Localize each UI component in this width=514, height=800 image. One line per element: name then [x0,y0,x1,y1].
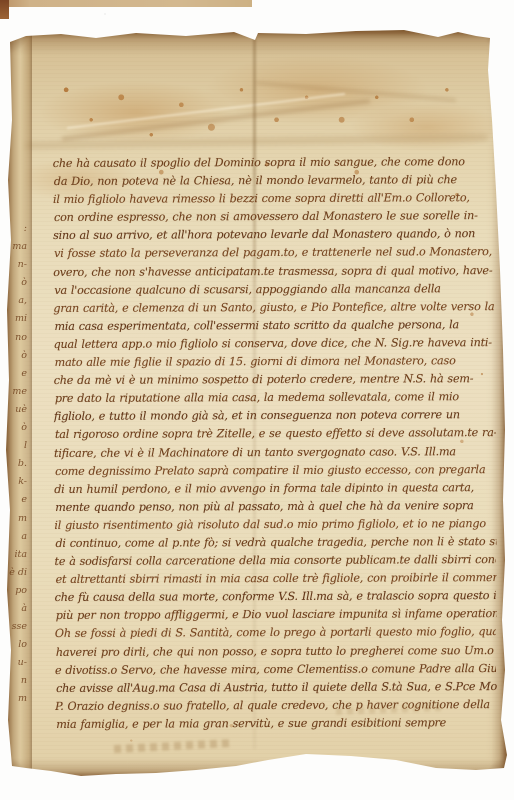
facing-page-edge: :man-òa,minoòemeuèòlb.k-emaitaè dipoàsse… [6,30,32,778]
facing-page-text-fragments: :man-òa,minoòemeuèòlb.k-emaitaè dipoàsse… [6,30,32,745]
scan-artifact-strip [0,0,252,7]
facing-page-fragment: b. [6,455,32,473]
scan-background: :man-òa,minoòemeuèòlb.k-emaitaè dipoàsse… [0,0,514,800]
letter-line: che hà causato il spoglio del Dominio so… [53,153,494,173]
facing-page-fragment [6,709,32,727]
facing-page-fragment: l [6,437,32,455]
letter-line: con ordine espresso, che non si amovesse… [54,207,495,227]
facing-page-fragment: k- [6,473,32,491]
letter-line: qual lettera app.o mio figliolo si conse… [54,334,495,354]
letter-line: e divotiss.o Servo, che havesse mira, co… [55,660,496,680]
letter-line: tificare, che vi è il Machinatore di un … [54,443,495,463]
facing-page-fragment: è di [6,564,32,582]
letter-line: et altrettanti sbirri rimasti in mia cas… [56,569,497,589]
paper-wrinkle [256,81,456,101]
letter-line: da Dio, non poteva nè la Chiesa, nè il m… [54,171,495,191]
letter-line: haverei pro dirli, che qui non posso, e … [56,642,497,662]
letter-line: mato alle mie figlie il spazio di 15. gi… [55,352,496,372]
paper-wrinkle [18,134,488,149]
facing-page-fragment: po [6,582,32,600]
letter-line: di un humil perdono, e il mio avvengo in… [54,479,495,499]
letter-line: pre dato la riputatione alla mia casa, l… [55,388,496,408]
facing-page-fragment: ò [6,274,32,292]
facing-page-fragment: uè [6,401,32,419]
paper-wrinkle [62,99,370,141]
facing-page-fragment: a [6,528,32,546]
letter-line: mente quando penso, non più al passato, … [55,497,496,517]
facing-page-fragment: m [6,690,32,708]
facing-page-fragment: n- [6,256,32,274]
letter-line: vi fosse stato la perseveranza del pagam… [54,244,495,264]
letter-line: il mio figliolo haveva rimesso li bezzi … [53,189,494,209]
facing-page-fragment: à [6,600,32,618]
letter-line: figliolo, e tutto il mondo già sà, et in… [54,406,495,426]
letter-line: che da mè vi è un minimo sospetto di pot… [54,370,495,390]
facing-page-fragment: m [6,510,32,528]
facing-page-fragment: ita [6,546,32,564]
facing-page-fragment: e [6,491,32,509]
facing-page-fragment: ma [6,238,32,256]
letter-body: che hà causato il spoglio del Dominio so… [53,153,497,734]
letter-line: overo, che non s'havesse anticipatam.te … [53,262,494,282]
facing-page-fragment: no [6,329,32,347]
facing-page-fragment: sse [6,618,32,636]
facing-page-fragment: n [6,672,32,690]
facing-page-fragment: u- [6,654,32,672]
manuscript-page: :man-òa,minoòemeuèòlb.k-emaitaè dipoàsse… [6,30,507,778]
letter-line: il giusto risentimento già risoluto dal … [54,515,495,535]
facing-page-fragment: ò [6,347,32,365]
letter-line: te à sodisfarsi colla carceratione della… [54,551,495,571]
facing-page-fragment [6,727,32,745]
facing-page-fragment: ò [6,419,32,437]
scan-artifact-corner [0,0,9,19]
letter-line: come degnissimo Prelato saprà compatire … [55,461,496,481]
letter-line: che avisse all'Aug.ma Casa di Austria, t… [56,678,497,698]
facing-page-fragment: a, [6,292,32,310]
facing-page-fragment: : [6,220,32,238]
letter-line: mia famiglia, e per la mia gran servitù,… [56,714,497,734]
letter-line: Oh se fossi à piedi di S. Santità, come … [55,623,496,643]
letter-line: P. Orazio degniss.o suo fratello, al qua… [55,696,496,716]
letter-line: va l'occasione qualcuno di scusarsi, app… [54,280,495,300]
facing-page-fragment: lo [6,636,32,654]
letter-line: tal rigoroso ordine sopra trè Zitelle, e… [55,424,496,444]
letter-line: sino al suo arrivo, et all'hora potevano… [53,225,494,245]
facing-page-fragment: me [6,383,32,401]
letter-line: che fù causa della sua morte, conforme V… [55,587,496,607]
letter-line: più per non troppo affliggermi, e Dio vu… [56,605,497,625]
letter-line: mia casa esperimentata, coll'essermi sta… [54,316,495,336]
facing-page-fragment: mi [6,310,32,328]
letter-line: gran carità, e clemenza di un Santo, giu… [53,298,494,318]
paper-wrinkle-highlight [67,93,345,129]
letter-line: di continuo, come al p.nte fò; si vedrà … [55,533,496,553]
facing-page-fragment: e [6,365,32,383]
ink-bleedthrough [114,739,234,753]
